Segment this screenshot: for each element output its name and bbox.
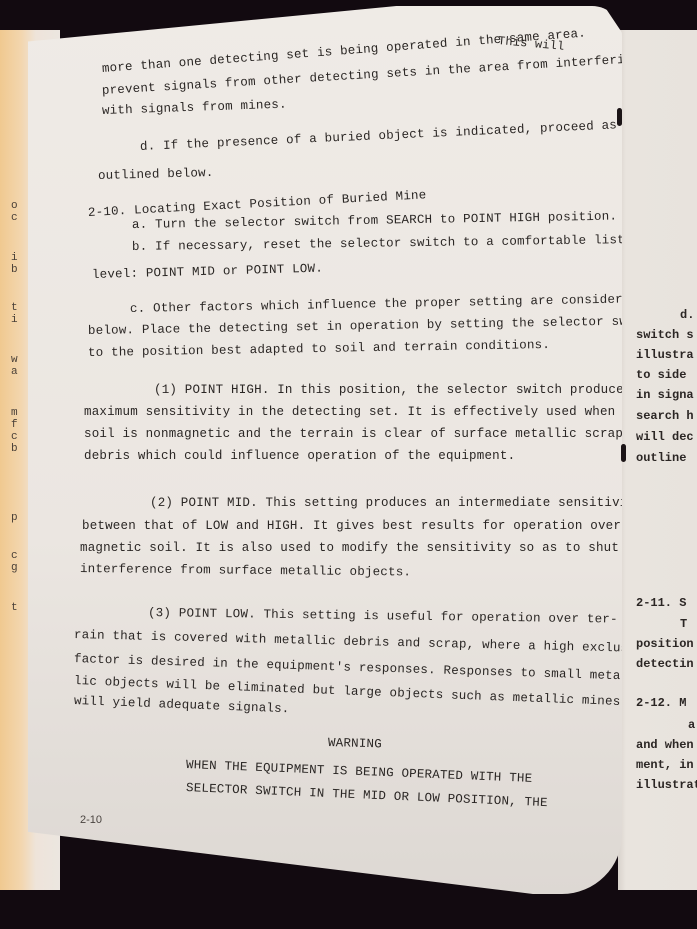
left-fragment: f bbox=[11, 419, 18, 431]
left-fragment: b bbox=[11, 264, 18, 276]
warning-title: WARNING bbox=[328, 736, 382, 751]
left-fragment: o bbox=[11, 200, 18, 212]
text-line: outlined below. bbox=[98, 166, 214, 183]
text-line: d. If the presence of a buried object is… bbox=[140, 118, 618, 154]
text-line: to the position best adapted to soil and… bbox=[88, 338, 550, 360]
page-text-body: more than one detecting set is being ope… bbox=[28, 6, 622, 894]
text-line: (2) POINT MID. This setting produces an … bbox=[150, 496, 643, 510]
left-fragment: b bbox=[11, 443, 18, 455]
text-line: interference from surface metallic objec… bbox=[80, 562, 411, 579]
right-fragment: to side bbox=[636, 368, 686, 382]
right-fragment: position bbox=[636, 637, 694, 651]
warning-line: WHEN THE EQUIPMENT IS BEING OPERATED WIT… bbox=[186, 758, 533, 786]
right-fragment: search h bbox=[636, 409, 694, 423]
right-fragment: illustrat bbox=[636, 778, 697, 792]
left-fragment: t bbox=[11, 602, 18, 614]
text-line: maximum sensitivity in the detecting set… bbox=[84, 405, 646, 419]
right-fragment: T bbox=[680, 617, 687, 631]
left-fragment: m bbox=[11, 407, 18, 419]
text-line: between that of LOW and HIGH. It gives b… bbox=[82, 519, 621, 533]
text-line: soil is nonmagnetic and the terrain is c… bbox=[84, 427, 646, 441]
right-adjacent-page: d. switch s illustra to side in signa se… bbox=[618, 30, 697, 890]
text-line: (3) POINT LOW. This setting is useful fo… bbox=[148, 606, 618, 627]
left-fragment: g bbox=[11, 562, 18, 574]
text-line: (1) POINT HIGH. In this position, the se… bbox=[154, 383, 631, 397]
right-fragment: illustra bbox=[636, 348, 694, 362]
right-fragment: ment, in bbox=[636, 758, 694, 772]
text-line: level: POINT MID or POINT LOW. bbox=[92, 262, 323, 282]
right-fragment: 2-11. S bbox=[636, 596, 686, 610]
text-line: b. If necessary, reset the selector swit… bbox=[132, 233, 648, 254]
left-fragment: t bbox=[11, 302, 18, 314]
right-fragment: in signa bbox=[636, 388, 694, 402]
right-fragment: switch s bbox=[636, 328, 694, 342]
text-line: will yield adequate signals. bbox=[74, 694, 290, 716]
right-fragment: a bbox=[688, 718, 695, 732]
left-fragment: c bbox=[11, 212, 18, 224]
text-line: rain that is covered with metallic debri… bbox=[74, 628, 652, 656]
text-line: below. Place the detecting set in operat… bbox=[88, 314, 658, 338]
right-fragment: will dec bbox=[636, 430, 694, 444]
binder-ring-mark bbox=[617, 108, 622, 126]
page-number: 2-10 bbox=[80, 814, 102, 826]
text-line: with signals from mines. bbox=[102, 98, 287, 118]
text-line: magnetic soil. It is also used to modify… bbox=[80, 541, 650, 555]
left-fragment: i bbox=[11, 314, 18, 326]
main-document-page: more than one detecting set is being ope… bbox=[28, 6, 622, 894]
left-fragment: a bbox=[11, 366, 18, 378]
left-fragment: w bbox=[11, 354, 18, 366]
left-fragment: i bbox=[11, 252, 18, 264]
right-fragment: and when bbox=[636, 738, 694, 752]
left-fragment: c bbox=[11, 431, 18, 443]
right-fragment: d. bbox=[680, 308, 694, 322]
left-page-text-fragments: o c i b t i w a m f c b p c g t bbox=[0, 30, 28, 890]
text-line: c. Other factors which influence the pro… bbox=[130, 292, 638, 316]
warning-line: SELECTOR SWITCH IN THE MID OR LOW POSITI… bbox=[186, 781, 548, 810]
binder-ring-mark bbox=[621, 444, 626, 462]
right-fragment: outline bbox=[636, 451, 686, 465]
left-fragment: c bbox=[11, 550, 18, 562]
right-fragment: 2-12. M bbox=[636, 696, 686, 710]
left-fragment: p bbox=[11, 512, 18, 524]
text-line: debris which could influence operation o… bbox=[84, 449, 515, 463]
right-fragment: detectin bbox=[636, 657, 694, 671]
